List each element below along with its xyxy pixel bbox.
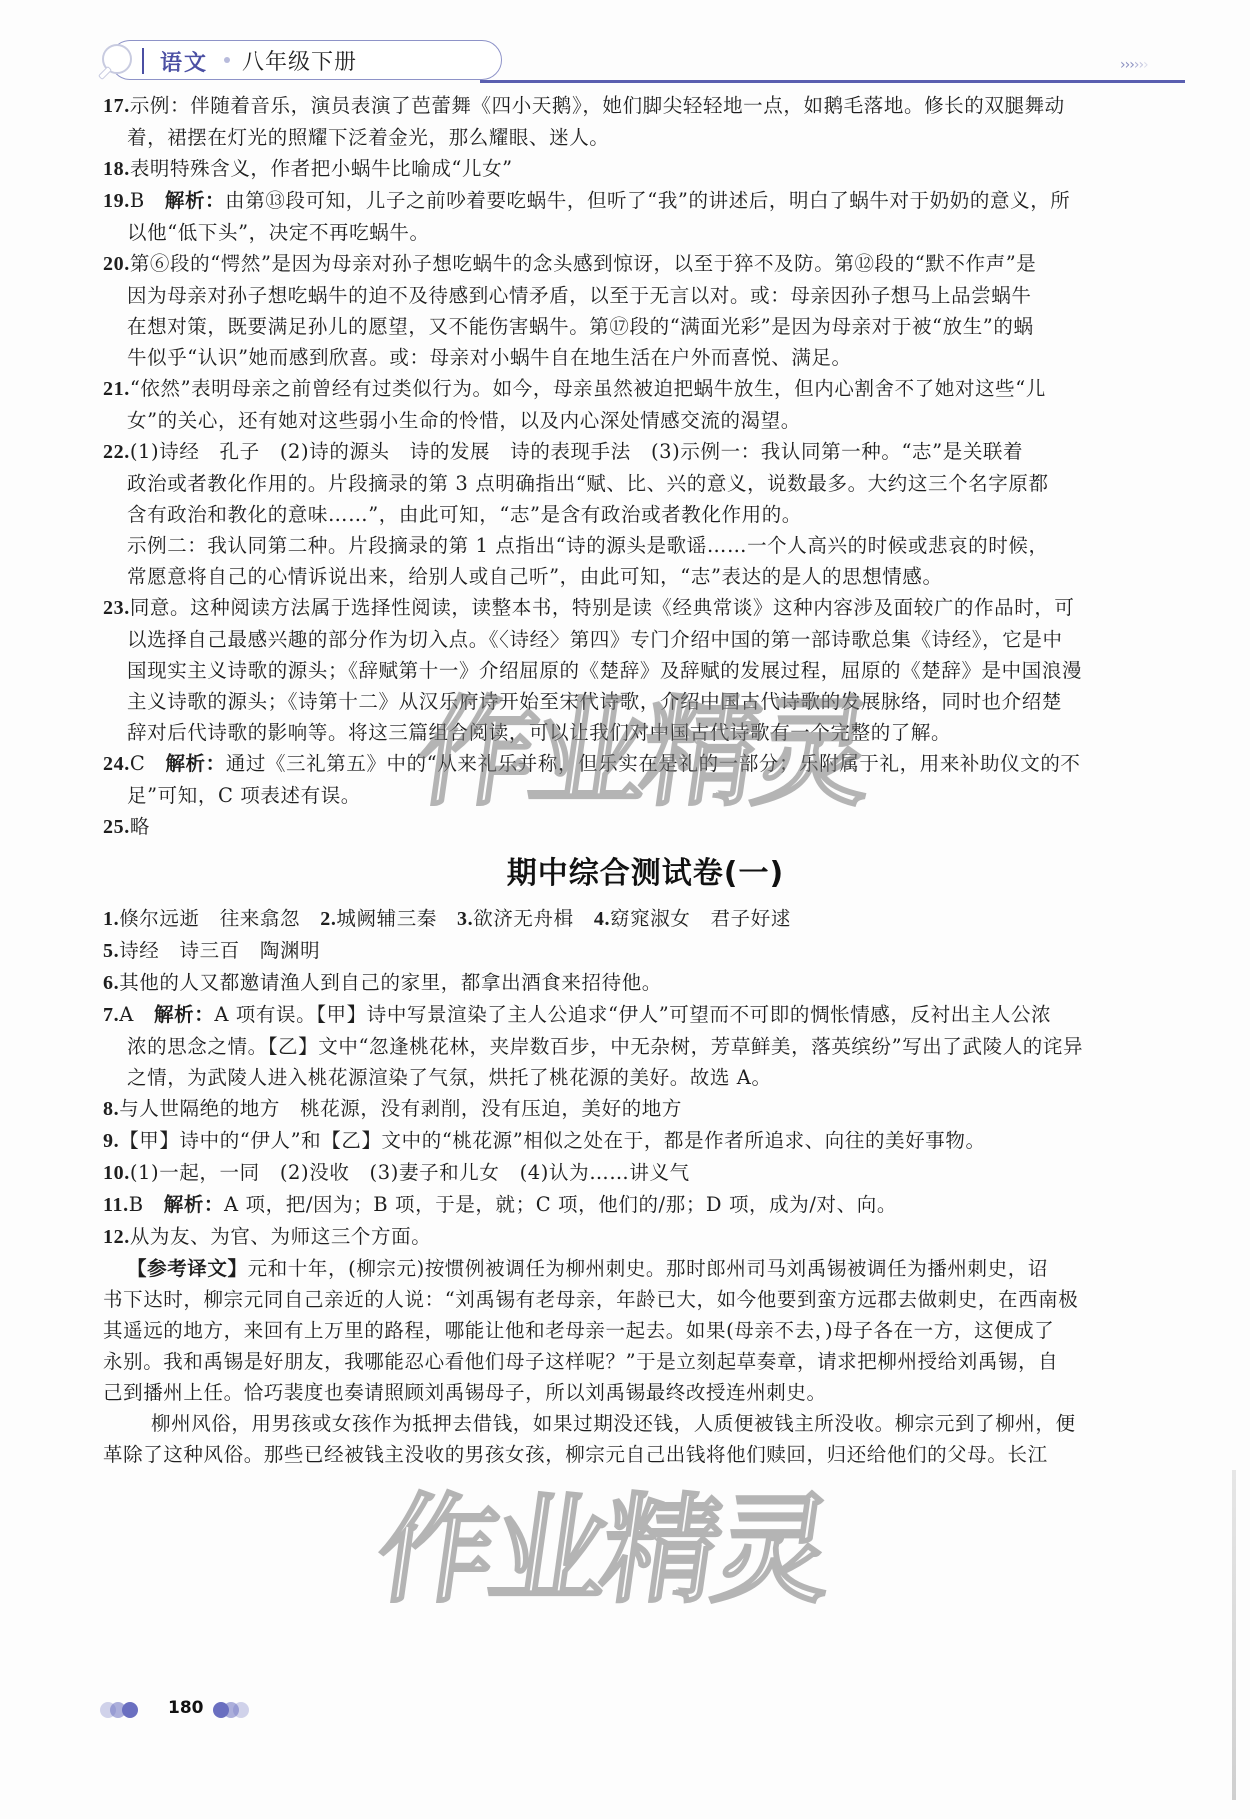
translation-line: 书下达时，柳宗元同自己亲近的人说：“刘禹锡有老母亲，年龄已大，如今他要到蛮方远郡… — [103, 1284, 1188, 1315]
answer-line: 足”可知，C 项表述有误。 — [103, 780, 1188, 811]
translation-line: 柳州风俗，用男孩或女孩作为抵押去借钱，如果过期没还钱，人质便被钱主所没收。柳宗元… — [103, 1408, 1188, 1439]
question-number: 20. — [103, 253, 130, 275]
answer-line: 示例二：我认同第二种。片段摘录的第 1 点指出“诗的源头是歌谣……一个人高兴的时… — [103, 530, 1188, 561]
question-number: 23. — [103, 597, 130, 619]
answer-text: 国现实主义诗歌的源头；《辞赋第十一》介绍屈原的《楚辞》及辞赋的发展过程，屈原的《… — [127, 659, 1082, 682]
answer-text: 在想对策，既要满足孙儿的愿望，又不能伤害蜗牛。第⑰段的“满面光彩”是因为母亲对于… — [127, 315, 1034, 338]
answer-choice: C — [130, 752, 166, 775]
answer-text: 第⑥段的“愕然”是因为母亲对孙子想吃蜗牛的念头感到惊讶，以至于猝不及防。第⑫段的… — [130, 252, 1037, 275]
answer-line: 19.B 解析：由第⑬段可知，儿子之前吵着要吃蜗牛，但听了“我”的讲述后，明白了… — [103, 185, 1188, 217]
page-number: 180 — [168, 1698, 204, 1718]
answer-text: 女”的关心，还有她对这些弱小生命的怜惜，以及内心深处情感交流的渴望。 — [127, 409, 801, 432]
question-number: 19. — [103, 190, 130, 212]
footer-dots-right-icon — [213, 1702, 253, 1718]
answer-text: 含有政治和教化的意味……”，由此可知，“志”是含有政治或者教化作用的。 — [127, 503, 802, 526]
answer-line: 之情，为武陵人进入桃花源渲染了气氛，烘托了桃花源的美好。故选 A。 — [103, 1062, 1188, 1093]
answer-line: 因为母亲对孙子想吃蜗牛的迫不及待感到心情矛盾，以至于无言以对。或：母亲因孙子想马… — [103, 280, 1188, 311]
answer-line: 1.倏尔远逝 往来翕忽 2.城阙辅三秦 3.欲济无舟楫 4.窈窕淑女 君子好逑 — [103, 903, 1188, 935]
answer-line: 25.略 — [103, 811, 1188, 843]
answer-text: 浓的思念之情。【乙】文中“忽逢桃花林，夹岸数百步，中无杂树，芳草鲜美，落英缤纷”… — [127, 1035, 1083, 1058]
answer-line: 政治或者教化作用的。片段摘录的第 3 点明确指出“赋、比、兴的意义，说数最多。大… — [103, 468, 1188, 499]
answer-line: 17.示例：伴随着音乐，演员表演了芭蕾舞《四小天鹅》，她们脚尖轻轻地一点，如鹅毛… — [103, 90, 1188, 122]
answer-line: 22.(1)诗经 孔子 (2)诗的源头 诗的发展 诗的表现手法 (3)示例一：我… — [103, 436, 1188, 468]
analysis-label: 解析： — [165, 189, 225, 212]
magnifier-icon — [102, 44, 132, 74]
answer-line: 主义诗歌的源头；《诗第十二》从汉乐府诗开始至宋代诗歌，介绍中国古代诗歌的发展脉络… — [103, 686, 1188, 717]
answer-line: 浓的思念之情。【乙】文中“忽逢桃花林，夹岸数百步，中无杂树，芳草鲜美，落英缤纷”… — [103, 1031, 1188, 1062]
question-number: 1. — [103, 908, 119, 930]
subject-label: 语文 — [160, 46, 208, 77]
answer-text: 同意。这种阅读方法属于选择性阅读，读整本书，特别是读《经典常谈》这种内容涉及面较… — [130, 596, 1075, 619]
answer-line: 23.同意。这种阅读方法属于选择性阅读，读整本书，特别是读《经典常谈》这种内容涉… — [103, 592, 1188, 624]
textbook-page: 语文 八年级下册 ›››››› 17.示例：伴随着音乐，演员表演了芭蕾舞《四小天… — [0, 0, 1250, 1819]
translation-text: 己到播州上任。恰巧裴度也奏请照顾刘禹锡母子，所以刘禹锡最终改授连州刺史。 — [103, 1381, 827, 1404]
question-number: 21. — [103, 378, 130, 400]
answer-text: 其他的人又都邀请渔人到自己的家里，都拿出酒食来招待他。 — [119, 971, 662, 994]
chevrons-icon: ›››››› — [1120, 57, 1148, 73]
answer-text: A 项有误。【甲】诗中写景渲染了主人公追求“伊人”可望而不可即的惆怅情感，反衬出… — [214, 1003, 1051, 1026]
answers-part2: 1.倏尔远逝 往来翕忽 2.城阙辅三秦 3.欲济无舟楫 4.窈窕淑女 君子好逑5… — [103, 903, 1188, 1253]
answer-text: 表明特殊含义，作者把小蜗牛比喻成“儿女” — [130, 157, 513, 180]
answer-text: 常愿意将自己的心情诉说出来，给别人或自己听”，由此可知，“志”表达的是人的思想情… — [127, 565, 943, 588]
question-number: 25. — [103, 816, 130, 838]
translation-text: 书下达时，柳宗元同自己亲近的人说：“刘禹锡有老母亲，年龄已大，如今他要到蛮方远郡… — [103, 1288, 1078, 1311]
answer-text: 以选择自己最感兴趣的部分作为切入点。《〈诗经〉第四》专门介绍中国的第一部诗歌总集… — [127, 628, 1063, 651]
question-number: 18. — [103, 158, 130, 180]
answer-text: 示例：伴随着音乐，演员表演了芭蕾舞《四小天鹅》，她们脚尖轻轻地一点，如鹅毛落地。… — [130, 94, 1065, 117]
answer-line: 以选择自己最感兴趣的部分作为切入点。《〈诗经〉第四》专门介绍中国的第一部诗歌总集… — [103, 624, 1188, 655]
question-number: 10. — [103, 1162, 130, 1184]
answer-text: 【甲】诗中的“伊人”和【乙】文中的“桃花源”相似之处在于，都是作者所追求、向往的… — [119, 1129, 985, 1152]
answer-text: 与人世隔绝的地方 桃花源，没有剥削，没有压迫，美好的地方 — [119, 1097, 682, 1120]
translation-line: 永别。我和禹锡是好朋友，我哪能忍心看他们母子这样呢？”于是立刻起草奏章，请求把柳… — [103, 1346, 1188, 1377]
answer-text: 以他“低下头”，决定不再吃蜗牛。 — [127, 221, 430, 244]
section-title: 期中综合测试卷(一) — [103, 857, 1188, 891]
header-dot-icon — [224, 57, 230, 63]
answer-text: (1)诗经 孔子 (2)诗的源头 诗的发展 诗的表现手法 (3)示例一：我认同第… — [130, 440, 1023, 463]
header-rule — [480, 80, 1185, 83]
answer-text: 辞对后代诗歌的影响等。将这三篇组合阅读，可以让我们对中国古代诗歌有一个完整的了解… — [127, 721, 951, 744]
analysis-label: 解析： — [154, 1003, 214, 1026]
footer-dots-left-icon — [100, 1702, 160, 1718]
translation-text: 元和十年，(柳宗元)按惯例被调任为柳州刺史。那时郎州司马刘禹锡被调任为播州刺史，… — [248, 1257, 1048, 1280]
answer-choice: B — [129, 1193, 164, 1216]
question-number: 5. — [103, 940, 119, 962]
translation-line: 革除了这种风俗。那些已经被钱主没收的男孩女孩，柳宗元自己出钱将他们赎回，归还给他… — [103, 1439, 1188, 1470]
answer-choice: B — [130, 189, 165, 212]
answer-line: 含有政治和教化的意味……”，由此可知，“志”是含有政治或者教化作用的。 — [103, 499, 1188, 530]
translation-text: 永别。我和禹锡是好朋友，我哪能忍心看他们母子这样呢？”于是立刻起草奏章，请求把柳… — [103, 1350, 1058, 1373]
answer-text: 欲济无舟楫 — [473, 907, 594, 930]
answer-line: 20.第⑥段的“愕然”是因为母亲对孙子想吃蜗牛的念头感到惊讶，以至于猝不及防。第… — [103, 248, 1188, 280]
reference-translation: 【参考译文】元和十年，(柳宗元)按惯例被调任为柳州刺史。那时郎州司马刘禹锡被调任… — [103, 1253, 1188, 1470]
answer-line: 7.A 解析：A 项有误。【甲】诗中写景渲染了主人公追求“伊人”可望而不可即的惆… — [103, 999, 1188, 1031]
answer-line: 24.C 解析：通过《三礼第五》中的“从来礼乐并称，但乐实在是礼的一部分；乐附属… — [103, 748, 1188, 780]
answer-line: 辞对后代诗歌的影响等。将这三篇组合阅读，可以让我们对中国古代诗歌有一个完整的了解… — [103, 717, 1188, 748]
answer-text: 倏尔远逝 往来翕忽 — [119, 907, 320, 930]
question-number: 24. — [103, 753, 130, 775]
answer-line: 12.从为友、为官、为师这三个方面。 — [103, 1221, 1188, 1253]
translation-line: 【参考译文】元和十年，(柳宗元)按惯例被调任为柳州刺史。那时郎州司马刘禹锡被调任… — [103, 1253, 1188, 1284]
question-number: 12. — [103, 1226, 130, 1248]
answer-line: 21.“依然”表明母亲之前曾经有过类似行为。如今，母亲虽然被迫把蜗牛放生，但内心… — [103, 373, 1188, 405]
answer-line: 牛似乎“认识”她而感到欣喜。或：母亲对小蜗牛自在地生活在户外而喜悦、满足。 — [103, 342, 1188, 373]
answer-line: 11.B 解析：A 项，把/因为；B 项，于是，就；C 项，他们的/那；D 项，… — [103, 1189, 1188, 1221]
answer-text: 牛似乎“认识”她而感到欣喜。或：母亲对小蜗牛自在地生活在户外而喜悦、满足。 — [127, 346, 852, 369]
question-number: 6. — [103, 972, 119, 994]
translation-text: 其遥远的地方，来回有上万里的路程，哪能让他和老母亲一起去。如果(母亲不去，)母子… — [103, 1319, 1054, 1342]
watermark: 作业精灵 — [368, 1455, 840, 1625]
answer-text: 城阙辅三秦 — [336, 907, 457, 930]
question-number: 7. — [103, 1004, 119, 1026]
question-number: 11. — [103, 1194, 129, 1216]
answer-text: 之情，为武陵人进入桃花源渲染了气氛，烘托了桃花源的美好。故选 A。 — [127, 1066, 772, 1089]
answer-text: 从为友、为官、为师这三个方面。 — [130, 1225, 432, 1248]
answer-text: “依然”表明母亲之前曾经有过类似行为。如今，母亲虽然被迫把蜗牛放生，但内心割舍不… — [130, 377, 1046, 400]
answer-text: 政治或者教化作用的。片段摘录的第 3 点明确指出“赋、比、兴的意义，说数最多。大… — [127, 472, 1049, 495]
answer-line: 9.【甲】诗中的“伊人”和【乙】文中的“桃花源”相似之处在于，都是作者所追求、向… — [103, 1125, 1188, 1157]
answer-line: 国现实主义诗歌的源头；《辞赋第十一》介绍屈原的《楚辞》及辞赋的发展过程，屈原的《… — [103, 655, 1188, 686]
page-edge — [1232, 1470, 1236, 1800]
answer-text: 由第⑬段可知，儿子之前吵着要吃蜗牛，但听了“我”的讲述后，明白了蜗牛对于奶奶的意… — [225, 189, 1070, 212]
translation-text: 柳州风俗，用男孩或女孩作为抵押去借钱，如果过期没还钱，人质便被钱主所没收。柳宗元… — [151, 1412, 1076, 1435]
translation-text: 革除了这种风俗。那些已经被钱主没收的男孩女孩，柳宗元自己出钱将他们赎回，归还给他… — [103, 1443, 1048, 1466]
answer-text: 略 — [130, 815, 150, 838]
question-number: 17. — [103, 95, 130, 117]
answers-part1: 17.示例：伴随着音乐，演员表演了芭蕾舞《四小天鹅》，她们脚尖轻轻地一点，如鹅毛… — [103, 90, 1188, 843]
answer-text: 示例二：我认同第二种。片段摘录的第 1 点指出“诗的源头是歌谣……一个人高兴的时… — [127, 534, 1049, 557]
answer-text: 通过《三礼第五》中的“从来礼乐并称，但乐实在是礼的一部分；乐附属于礼，用来补助仪… — [226, 752, 1081, 775]
answer-text: 诗经 诗三百 陶渊明 — [119, 939, 320, 962]
answer-line: 8.与人世隔绝的地方 桃花源，没有剥削，没有压迫，美好的地方 — [103, 1093, 1188, 1125]
analysis-label: 解析： — [165, 752, 225, 775]
question-number: 4. — [594, 908, 610, 930]
translation-label: 【参考译文】 — [127, 1257, 248, 1280]
answer-text: 着，裙摆在灯光的照耀下泛着金光，那么耀眼、迷人。 — [127, 126, 609, 149]
answer-line: 在想对策，既要满足孙儿的愿望，又不能伤害蜗牛。第⑰段的“满面光彩”是因为母亲对于… — [103, 311, 1188, 342]
answer-line: 6.其他的人又都邀请渔人到自己的家里，都拿出酒食来招待他。 — [103, 967, 1188, 999]
answer-content: 17.示例：伴随着音乐，演员表演了芭蕾舞《四小天鹅》，她们脚尖轻轻地一点，如鹅毛… — [103, 90, 1188, 1470]
question-number: 2. — [320, 908, 336, 930]
answer-line: 以他“低下头”，决定不再吃蜗牛。 — [103, 217, 1188, 248]
header-divider — [142, 48, 144, 74]
page-header: 语文 八年级下册 — [102, 40, 502, 80]
answer-text: 足”可知，C 项表述有误。 — [127, 784, 361, 807]
translation-line: 己到播州上任。恰巧裴度也奏请照顾刘禹锡母子，所以刘禹锡最终改授连州刺史。 — [103, 1377, 1188, 1408]
grade-label: 八年级下册 — [242, 45, 357, 76]
answer-line: 常愿意将自己的心情诉说出来，给别人或自己听”，由此可知，“志”表达的是人的思想情… — [103, 561, 1188, 592]
answer-line: 10.(1)一起，一同 (2)没收 (3)妻子和儿女 (4)认为……讲义气 — [103, 1157, 1188, 1189]
answer-text: 因为母亲对孙子想吃蜗牛的迫不及待感到心情矛盾，以至于无言以对。或：母亲因孙子想马… — [127, 284, 1032, 307]
answer-text: 窈窕淑女 君子好逑 — [610, 907, 791, 930]
translation-line: 其遥远的地方，来回有上万里的路程，哪能让他和老母亲一起去。如果(母亲不去，)母子… — [103, 1315, 1188, 1346]
answer-text: A 项，把/因为；B 项，于是，就；C 项，他们的/那；D 项，成为/对、向。 — [224, 1193, 897, 1216]
answer-choice: A — [119, 1003, 154, 1026]
question-number: 9. — [103, 1130, 119, 1152]
answer-text: (1)一起，一同 (2)没收 (3)妻子和儿女 (4)认为……讲义气 — [130, 1161, 690, 1184]
analysis-label: 解析： — [164, 1193, 224, 1216]
answer-line: 着，裙摆在灯光的照耀下泛着金光，那么耀眼、迷人。 — [103, 122, 1188, 153]
answer-text: 主义诗歌的源头；《诗第十二》从汉乐府诗开始至宋代诗歌，介绍中国古代诗歌的发展脉络… — [127, 690, 1062, 713]
question-number: 3. — [457, 908, 473, 930]
answer-line: 女”的关心，还有她对这些弱小生命的怜惜，以及内心深处情感交流的渴望。 — [103, 405, 1188, 436]
answer-line: 18.表明特殊含义，作者把小蜗牛比喻成“儿女” — [103, 153, 1188, 185]
question-number: 8. — [103, 1098, 119, 1120]
answer-line: 5.诗经 诗三百 陶渊明 — [103, 935, 1188, 967]
question-number: 22. — [103, 441, 130, 463]
